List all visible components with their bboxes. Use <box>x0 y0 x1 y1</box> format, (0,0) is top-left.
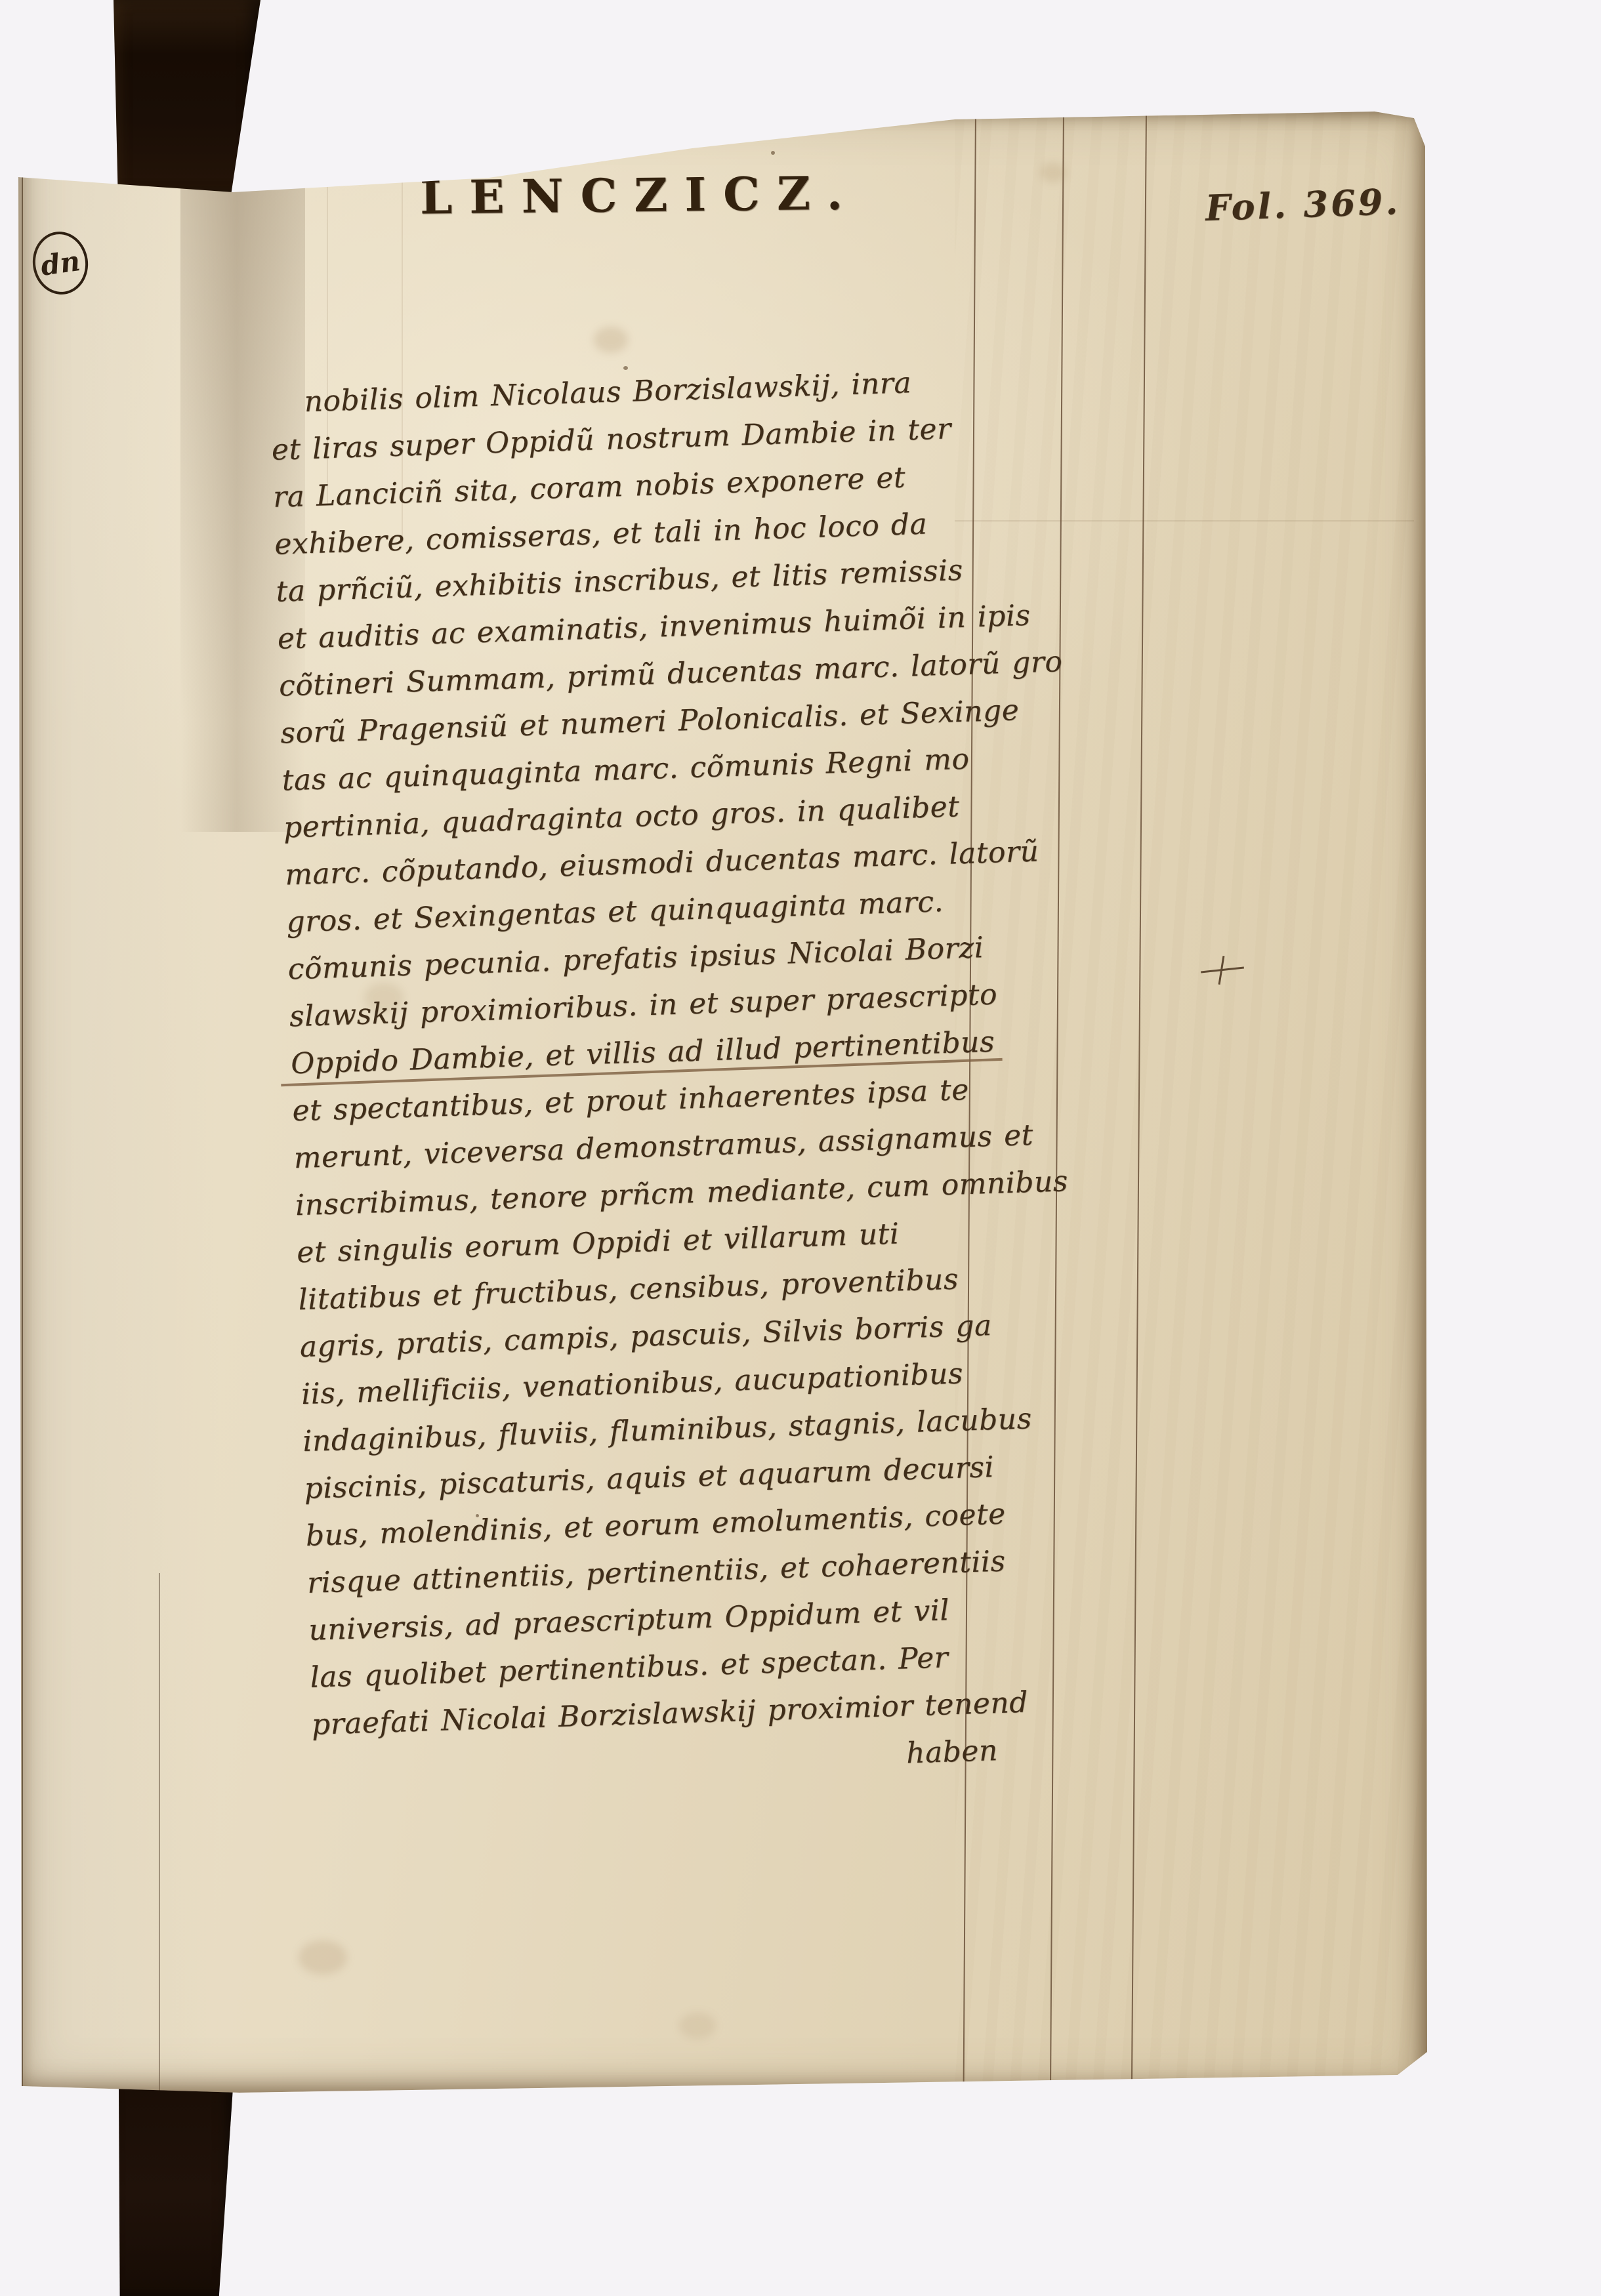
binding-strap-top <box>114 0 260 194</box>
paper-crease <box>955 520 1414 522</box>
folio-number: Fol. 369. <box>1205 180 1401 229</box>
page-title: LENCZICZ. <box>420 165 860 224</box>
margin-monogram: dn <box>29 228 93 298</box>
previous-page-sliver <box>16 110 220 2093</box>
margin-cross-icon <box>1201 953 1244 987</box>
manuscript-page: LENCZICZ. Fol. 369. dn nobilis olim Nico… <box>16 110 1427 2093</box>
paper-stain <box>299 1940 347 1975</box>
ruled-line-third <box>1131 110 1147 2093</box>
paper-grain <box>955 110 1427 2093</box>
prev-page-edge-line <box>22 110 23 2093</box>
body-text: nobilis olim Nicolaus Borzislawskij, inr… <box>270 358 1021 1796</box>
paper-stain <box>679 2013 716 2039</box>
ink-fleck <box>771 151 775 155</box>
paper-stain <box>594 327 628 353</box>
prev-page-rule-line <box>159 1573 160 2093</box>
binding-strap-bottom <box>117 2066 236 2296</box>
ruled-line-second <box>1050 110 1064 2093</box>
scan-background: { "scan": { "background_color": "#f5f3f6… <box>0 0 1601 2296</box>
text-lines: nobilis olim Nicolaus Borzislawskij, inr… <box>270 358 1020 1749</box>
